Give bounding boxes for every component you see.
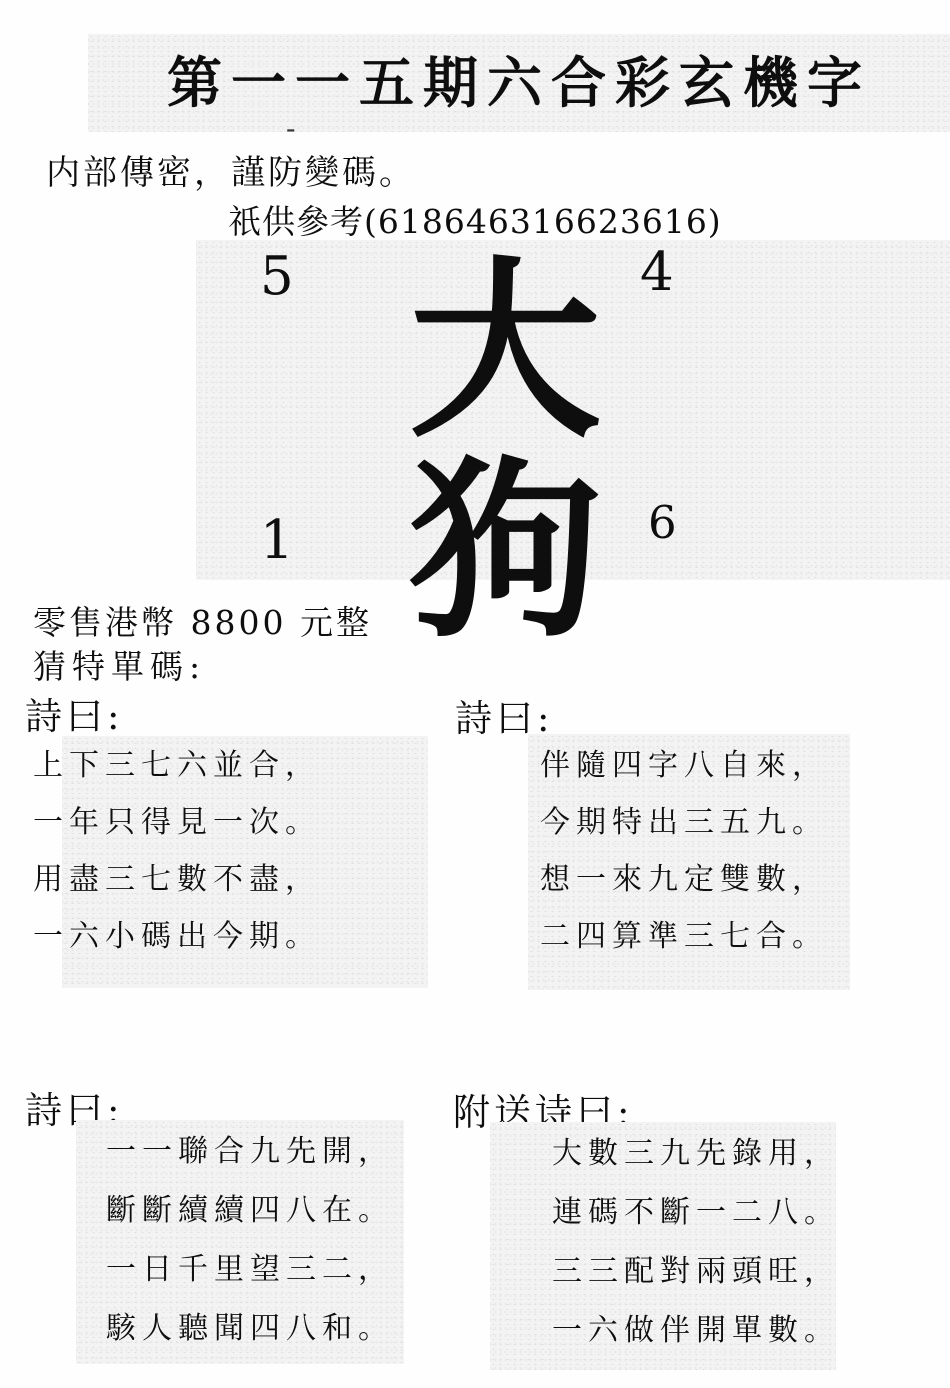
poem2-line: 伴隨四字八自來，	[540, 737, 828, 794]
corner-number-middle-right: 6	[648, 500, 677, 545]
poem4-line: 大數三九先錄用，	[552, 1124, 840, 1183]
main-character-top: 大	[360, 252, 650, 452]
guess-special-code-line: 猜特單碼:	[33, 641, 206, 688]
poem1-line: 一年只得見一次。	[33, 794, 321, 851]
corner-number-bottom-left: 1	[260, 514, 294, 567]
poem4-line: 連碼不斷一二八。	[552, 1183, 840, 1242]
poem2-line: 二四算準三七合。	[540, 908, 828, 965]
lottery-flyer-page: 第一一五期六合彩玄機字 - 内部傳密，謹防變碼。 祇供參考(6186463166…	[0, 0, 950, 1388]
poem1-line: 一六小碼出今期。	[33, 908, 321, 965]
page-title: 第一一五期六合彩玄機字	[88, 48, 950, 118]
stray-dash-mark: -	[286, 112, 295, 145]
poem2-lines: 伴隨四字八自來， 今期特出三五九。 想一來九定雙數， 二四算準三七合。	[540, 737, 828, 965]
poem3-line: 駭人聽聞四八和。	[106, 1299, 394, 1358]
main-character-bottom: 狗	[360, 452, 650, 652]
poem1-lines: 上下三七六並合， 一年只得見一次。 用盡三七數不盡， 一六小碼出今期。	[33, 737, 321, 965]
main-mystery-characters: 大 狗	[360, 252, 650, 652]
poem3-line: 一一聯合九先開，	[106, 1122, 394, 1181]
poem4-lines: 大數三九先錄用， 連碼不斷一二八。 三三配對兩頭旺， 一六做伴開單數。	[552, 1124, 840, 1360]
poem3-lines: 一一聯合九先開， 斷斷續續四八在。 一日千里望三二， 駭人聽聞四八和。	[106, 1122, 394, 1358]
poem2-line: 想一來九定雙數，	[540, 851, 828, 908]
poem1-heading: 詩曰:	[25, 686, 123, 740]
retail-price-line: 零售港幣 8800 元整	[33, 597, 372, 644]
reference-code-line: 祇供參考(618646316623616)	[228, 196, 722, 243]
poem4-line: 三三配對兩頭旺，	[552, 1242, 840, 1301]
internal-notice-line: 内部傳密，謹防變碼。	[46, 145, 416, 194]
poem3-line: 一日千里望三二，	[106, 1240, 394, 1299]
poem3-line: 斷斷續續四八在。	[106, 1181, 394, 1240]
poem1-line: 用盡三七數不盡，	[33, 851, 321, 908]
poem2-line: 今期特出三五九。	[540, 794, 828, 851]
poem4-line: 一六做伴開單數。	[552, 1301, 840, 1360]
corner-number-top-left: 5	[260, 250, 294, 303]
poem1-line: 上下三七六並合，	[33, 737, 321, 794]
